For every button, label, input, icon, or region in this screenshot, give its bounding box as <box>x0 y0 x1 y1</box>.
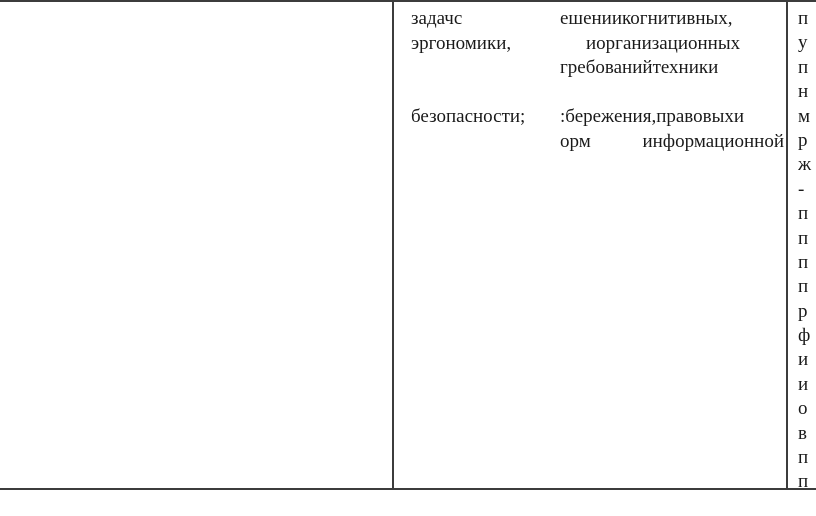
text-line: п <box>798 7 816 31</box>
table-bottom-border <box>0 488 816 490</box>
text-line: ж <box>798 153 816 177</box>
text-line: п <box>798 251 816 275</box>
text-line: п <box>798 227 816 251</box>
text-line: п <box>798 446 816 470</box>
word: техники <box>653 57 719 78</box>
word: с <box>454 8 462 29</box>
word: правовых <box>656 106 734 127</box>
table-top-border <box>0 0 816 2</box>
text-line <box>411 56 561 81</box>
text-line: орм информационной <box>560 130 784 155</box>
text-line: иорганизационных <box>560 32 784 57</box>
column-divider-left <box>392 0 394 490</box>
text-line: задачс <box>411 7 509 32</box>
text-line: ф <box>798 324 816 348</box>
text-line: и <box>798 373 816 397</box>
text-line: в <box>798 422 816 446</box>
word: задач <box>411 8 454 29</box>
text-line: п <box>798 470 816 494</box>
text-line: - <box>798 178 816 202</box>
text-line: гребованийтехники <box>560 56 784 81</box>
text-line: п <box>798 202 816 226</box>
text-line: п <box>798 275 816 299</box>
text-line: р <box>798 129 816 153</box>
text-line: р <box>798 300 816 324</box>
word: организационных <box>596 33 740 54</box>
table-cell-truncated-text: пупнмрж-ппппрфииовпп <box>798 7 816 495</box>
text-line: п <box>798 56 816 80</box>
text-line: у <box>798 31 816 55</box>
word: гребований <box>560 57 653 78</box>
text-line: безопасности; <box>411 105 561 130</box>
text-line: и <box>798 348 816 372</box>
word: когнитивных, <box>622 8 733 29</box>
text-line <box>411 81 561 106</box>
word: и <box>734 106 744 127</box>
column-divider-right <box>786 0 788 490</box>
text-line: эргономики, <box>411 32 561 57</box>
table-cell-competence-text: задачсэргономики,безопасности; <box>411 7 561 130</box>
word: ешении <box>560 8 622 29</box>
word: :бережения, <box>560 106 656 127</box>
text-line: ешениикогнитивных, <box>560 7 784 32</box>
word: и <box>586 33 596 54</box>
table-cell-description-text: ешениикогнитивных,иорганизационныхгребов… <box>560 7 784 155</box>
text-line: :бережения,правовыхи <box>560 105 784 130</box>
text-line: н <box>798 80 816 104</box>
text-line: м <box>798 105 816 129</box>
text-line: о <box>798 397 816 421</box>
text-line <box>560 81 784 106</box>
